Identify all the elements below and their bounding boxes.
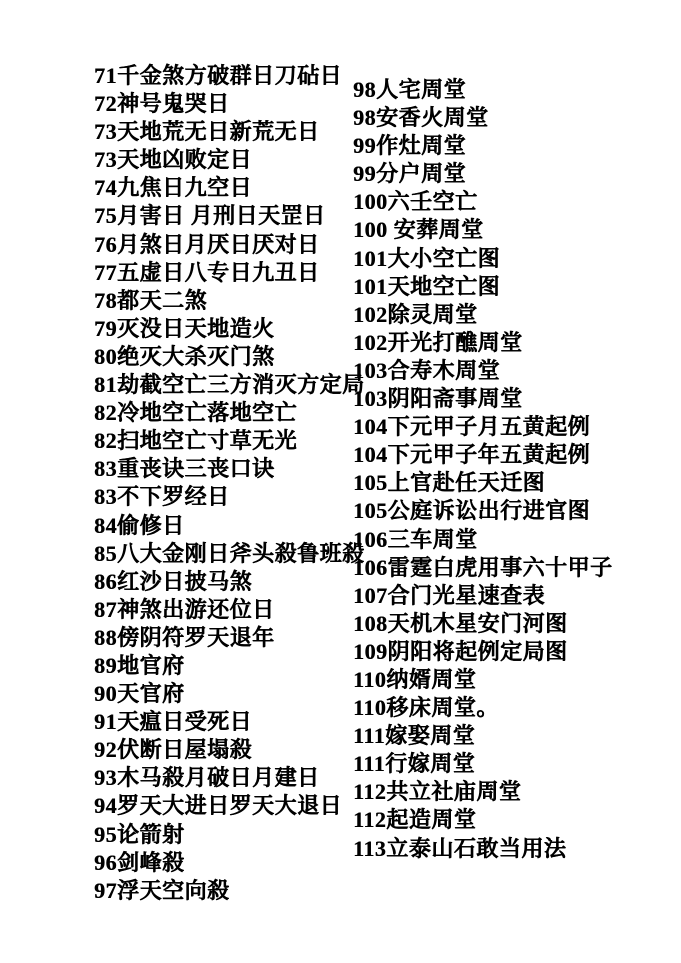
toc-entry: 102除灵周堂 (353, 301, 613, 329)
toc-entry: 101天地空亡图 (353, 273, 613, 301)
toc-entry: 83重丧诀三丧口诀 (94, 455, 365, 483)
toc-entry: 113立泰山石敢当用法 (353, 835, 613, 863)
toc-entry: 103阴阳斋事周堂 (353, 385, 613, 413)
toc-entry: 90天官府 (94, 680, 365, 708)
toc-entry: 99分户周堂 (353, 160, 613, 188)
toc-entry: 112共立社庙周堂 (353, 778, 613, 806)
document-page: 71千金煞方破群日刀砧日72神号鬼哭日73天地荒无日新荒无日73天地凶败定日74… (0, 0, 681, 963)
toc-entry: 110移床周堂。 (353, 694, 613, 722)
toc-entry: 98安香火周堂 (353, 104, 613, 132)
toc-entry: 81劫截空亡三方消灭方定局 (94, 371, 365, 399)
toc-entry: 105公庭诉讼出行进官图 (353, 497, 613, 525)
toc-entry: 106三车周堂 (353, 526, 613, 554)
toc-entry: 102开光打醮周堂 (353, 329, 613, 357)
toc-column-left: 71千金煞方破群日刀砧日72神号鬼哭日73天地荒无日新荒无日73天地凶败定日74… (94, 62, 365, 905)
toc-entry: 80绝灭大杀灭门煞 (94, 343, 365, 371)
toc-entry: 79灭没日天地造火 (94, 315, 365, 343)
toc-entry: 73天地荒无日新荒无日 (94, 118, 365, 146)
toc-entry: 87神煞出游还位日 (94, 596, 365, 624)
toc-entry: 88傍阴符罗天退年 (94, 624, 365, 652)
toc-entry: 111嫁娶周堂 (353, 722, 613, 750)
toc-entry: 91天瘟日受死日 (94, 708, 365, 736)
toc-entry: 111行嫁周堂 (353, 750, 613, 778)
toc-entry: 74九焦日九空日 (94, 174, 365, 202)
toc-entry: 98人宅周堂 (353, 76, 613, 104)
toc-entry: 101大小空亡图 (353, 245, 613, 273)
toc-entry: 71千金煞方破群日刀砧日 (94, 62, 365, 90)
toc-entry: 78都天二煞 (94, 287, 365, 315)
toc-entry: 85八大金刚日斧头殺鲁班殺 (94, 540, 365, 568)
toc-column-right: 98人宅周堂98安香火周堂99作灶周堂99分户周堂100六壬空亡100 安葬周堂… (353, 76, 613, 863)
toc-entry: 97浮天空向殺 (94, 877, 365, 905)
toc-entry: 104下元甲子年五黄起例 (353, 441, 613, 469)
toc-entry: 100六壬空亡 (353, 188, 613, 216)
toc-entry: 104下元甲子月五黄起例 (353, 413, 613, 441)
toc-entry: 96剑峰殺 (94, 849, 365, 877)
toc-entry: 82冷地空亡落地空亡 (94, 399, 365, 427)
toc-entry: 75月害日 月刑日天罡日 (94, 202, 365, 230)
toc-entry: 108天机木星安门河图 (353, 610, 613, 638)
toc-entry: 82扫地空亡寸草无光 (94, 427, 365, 455)
toc-entry: 72神号鬼哭日 (94, 90, 365, 118)
toc-entry: 105上官赴任天迁图 (353, 469, 613, 497)
toc-entry: 84偷修日 (94, 512, 365, 540)
toc-entry: 76月煞日月厌日厌对日 (94, 231, 365, 259)
toc-entry: 103合寿木周堂 (353, 357, 613, 385)
toc-entry: 77五虚日八专日九丑日 (94, 259, 365, 287)
toc-entry: 86红沙日披马煞 (94, 568, 365, 596)
toc-entry: 110纳婿周堂 (353, 666, 613, 694)
toc-entry: 83不下罗经日 (94, 483, 365, 511)
toc-entry: 94罗天大进日罗天大退日 (94, 792, 365, 820)
toc-entry: 73天地凶败定日 (94, 146, 365, 174)
toc-entry: 100 安葬周堂 (353, 216, 613, 244)
toc-entry: 109阴阳将起例定局图 (353, 638, 613, 666)
toc-entry: 92伏断日屋塌殺 (94, 736, 365, 764)
toc-entry: 112起造周堂 (353, 806, 613, 834)
toc-entry: 107合门光星速查表 (353, 582, 613, 610)
toc-entry: 89地官府 (94, 652, 365, 680)
toc-entry: 99作灶周堂 (353, 132, 613, 160)
toc-entry: 93木马殺月破日月建日 (94, 764, 365, 792)
toc-entry: 106雷霆白虎用事六十甲子 (353, 554, 613, 582)
toc-entry: 95论箭射 (94, 821, 365, 849)
